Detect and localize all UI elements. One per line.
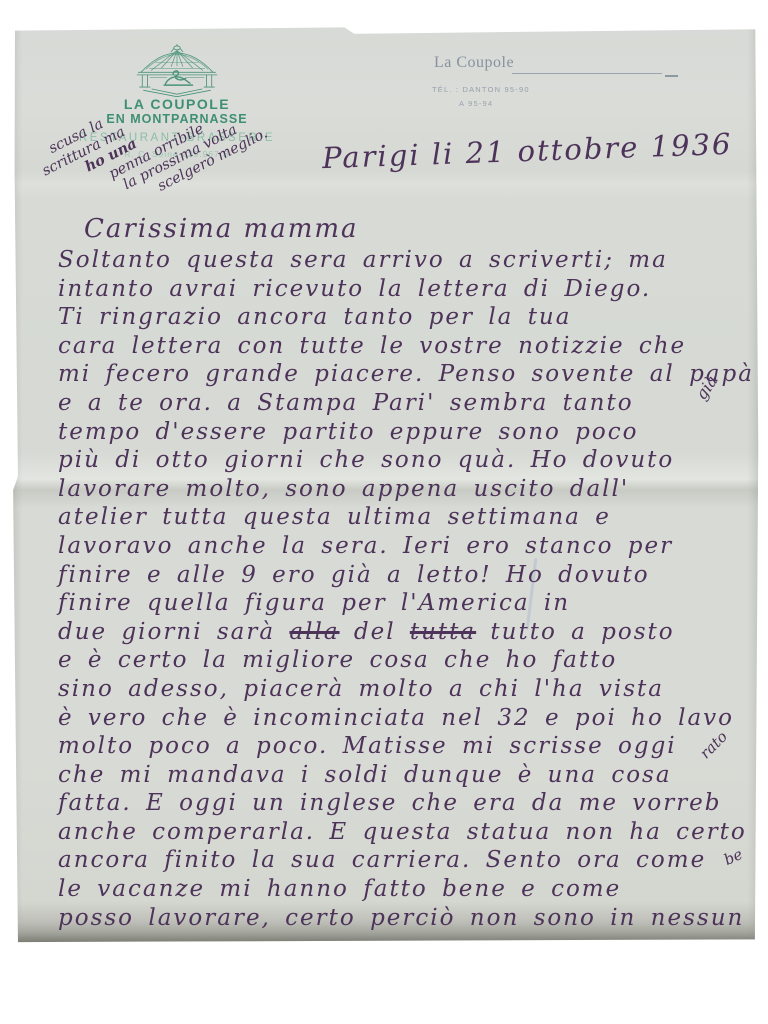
dateline: Parigi li 21 ottobre 1936 bbox=[322, 127, 733, 175]
handwriting-line: è vero che è incominciata nel 32 e poi h… bbox=[58, 704, 748, 733]
handwriting-line: che mi mandava i soldi dunque è una cosa bbox=[58, 761, 748, 790]
salutation: Carissima mamma bbox=[84, 214, 359, 244]
handwriting-line: anche comperarla. E questa statua non ha… bbox=[58, 818, 748, 847]
handwriting-line: Soltanto questa sera arrivo a scriverti;… bbox=[58, 246, 748, 275]
handwriting-line: e a te ora. a Stampa Pari' sembra tanto bbox=[58, 389, 748, 418]
handwriting-line: le vacanze mi hanno fatto bene e come bbox=[58, 875, 748, 904]
handwriting-line: atelier tutta questa ultima settimana e bbox=[58, 503, 748, 532]
printed-dash bbox=[665, 75, 678, 77]
handwriting-line: posso lavorare, certo perciò non sono in… bbox=[58, 904, 748, 933]
handwriting-line: cara lettera con tutte le vostre notizzi… bbox=[58, 332, 748, 361]
letter-body: Soltanto questa sera arrivo a scriverti;… bbox=[58, 246, 748, 932]
handwriting-line: finire quella figura per l'America in bbox=[58, 589, 748, 618]
handwriting-line: lavoravo anche la sera. Ieri ero stanco … bbox=[58, 532, 748, 561]
telephone-line1: TÉL. : DANTON 95-90 bbox=[432, 85, 530, 94]
printed-name: La Coupole bbox=[434, 54, 514, 72]
handwriting-line: sino adesso, piacerà molto a chi l'ha vi… bbox=[58, 675, 748, 704]
handwriting-line: fatta. E oggi un inglese che era da me v… bbox=[58, 789, 748, 818]
handwriting-line: due giorni sarà alla del tutta tutto a p… bbox=[58, 618, 748, 647]
handwriting-line: mi fecero grande piacere. Penso sovente … bbox=[58, 360, 748, 389]
handwriting-line: intanto avrai ricevuto la lettera di Die… bbox=[58, 275, 748, 304]
handwriting-line: e è certo la migliore cosa che ho fatto bbox=[58, 646, 748, 675]
printed-rule-line bbox=[512, 73, 662, 74]
handwriting-line: ancora finito la sua carriera. Sento ora… bbox=[58, 846, 748, 875]
telephone-line2: A 95-94 bbox=[459, 99, 493, 108]
letter-paper: LA COUPOLE EN MONTPARNASSE RESTAURANT-BR… bbox=[12, 26, 759, 943]
handwriting-line: Ti ringrazio ancora tanto per la tua bbox=[58, 303, 748, 332]
handwriting-line: lavorare molto, sono appena uscito dall' bbox=[58, 475, 748, 504]
handwriting-line: finire e alle 9 ero già a letto! Ho dovu… bbox=[58, 561, 748, 590]
handwriting-line: molto poco a poco. Matisse mi scrisse og… bbox=[58, 732, 748, 761]
handwriting-line: tempo d'essere partito eppure sono poco bbox=[58, 418, 748, 447]
handwriting-line: più di otto giorni che sono quà. Ho dovu… bbox=[58, 446, 748, 475]
